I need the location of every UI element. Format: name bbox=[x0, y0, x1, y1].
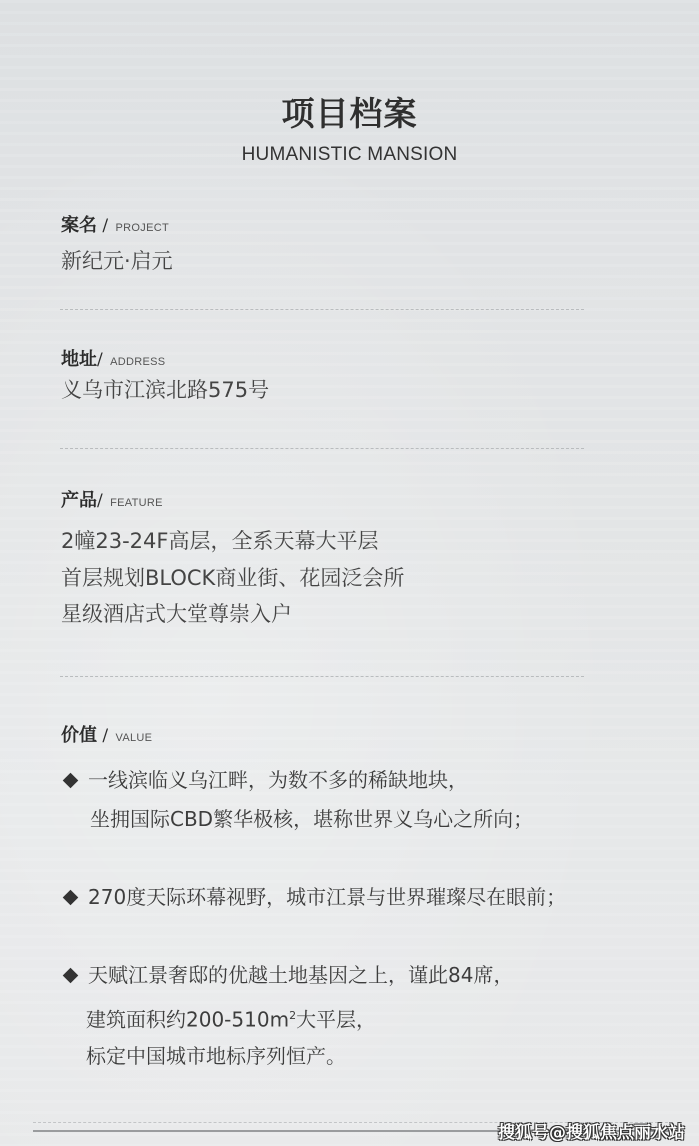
feature-label-cn: 产品 bbox=[61, 490, 97, 511]
feature-line: 2幢23-24F高层，全系天幕大平层 bbox=[61, 523, 378, 559]
feature-line: 首层规划BLOCK商业街、花园泛会所 bbox=[61, 560, 404, 596]
label-slash: / bbox=[97, 350, 108, 370]
diamond-bullet-icon bbox=[63, 889, 79, 905]
area-unit-exponent: 2 bbox=[289, 1009, 296, 1022]
feature-line: 星级酒店式大堂尊崇入户 bbox=[61, 596, 292, 632]
diamond-bullet-icon bbox=[63, 772, 79, 788]
address-label-en: ADDRESS bbox=[110, 356, 165, 368]
feature-label: 产品/ FEATURE bbox=[61, 486, 163, 512]
value-label-cn: 价值 bbox=[61, 725, 97, 746]
label-slash: / bbox=[97, 491, 108, 511]
value-bullet-continuation: 标定中国城市地标序列恒产。 bbox=[86, 1036, 346, 1076]
value-bullet-continuation: 坐拥国际CBD繁华极核，堪称世界义乌心之所向； bbox=[90, 799, 533, 839]
address-label-cn: 地址 bbox=[61, 349, 97, 370]
value-bullet: 270度天际环幕视野，城市江景与世界璀璨尽在眼前； bbox=[61, 877, 566, 917]
value-bullet-continuation: 建筑面积约200-510m2大平层， bbox=[86, 996, 376, 1040]
project-label-en: PROJECT bbox=[116, 222, 169, 234]
project-name: 新纪元·启元 bbox=[61, 243, 173, 279]
diamond-bullet-icon bbox=[63, 967, 79, 983]
value-bullet-text: 270度天际环幕视野，城市江景与世界璀璨尽在眼前； bbox=[88, 885, 566, 909]
project-label-cn: 案名 bbox=[61, 215, 97, 236]
address-value: 义乌市江滨北路575号 bbox=[61, 372, 269, 408]
value-bullet-text: 天赋江景奢邸的优越土地基因之上，谨此84席， bbox=[88, 963, 513, 987]
label-slash: / bbox=[97, 216, 114, 236]
section-divider bbox=[60, 448, 584, 449]
page-subtitle: HUMANISTIC MANSION bbox=[0, 144, 699, 166]
section-divider bbox=[60, 676, 584, 677]
value-bullet-text: 一线滨临义乌江畔，为数不多的稀缺地块， bbox=[88, 768, 468, 792]
project-label: 案名 / PROJECT bbox=[61, 211, 169, 237]
value-bullet: 天赋江景奢邸的优越土地基因之上，谨此84席， bbox=[61, 955, 513, 995]
section-divider bbox=[60, 309, 584, 310]
area-unit: m bbox=[270, 1008, 289, 1032]
address-label: 地址/ ADDRESS bbox=[61, 345, 165, 371]
value-bullet: 一线滨临义乌江畔，为数不多的稀缺地块， bbox=[61, 760, 468, 800]
area-suffix: 大平层， bbox=[296, 1008, 376, 1032]
value-label-en: VALUE bbox=[116, 732, 153, 744]
label-slash: / bbox=[97, 726, 114, 746]
feature-label-en: FEATURE bbox=[110, 497, 163, 509]
value-label: 价值 / VALUE bbox=[61, 721, 152, 747]
page-title: 项目档案 bbox=[0, 88, 699, 135]
watermark: 搜狐号@搜狐焦点丽水站 bbox=[498, 1118, 685, 1143]
area-text: 建筑面积约200-510 bbox=[86, 1008, 270, 1032]
